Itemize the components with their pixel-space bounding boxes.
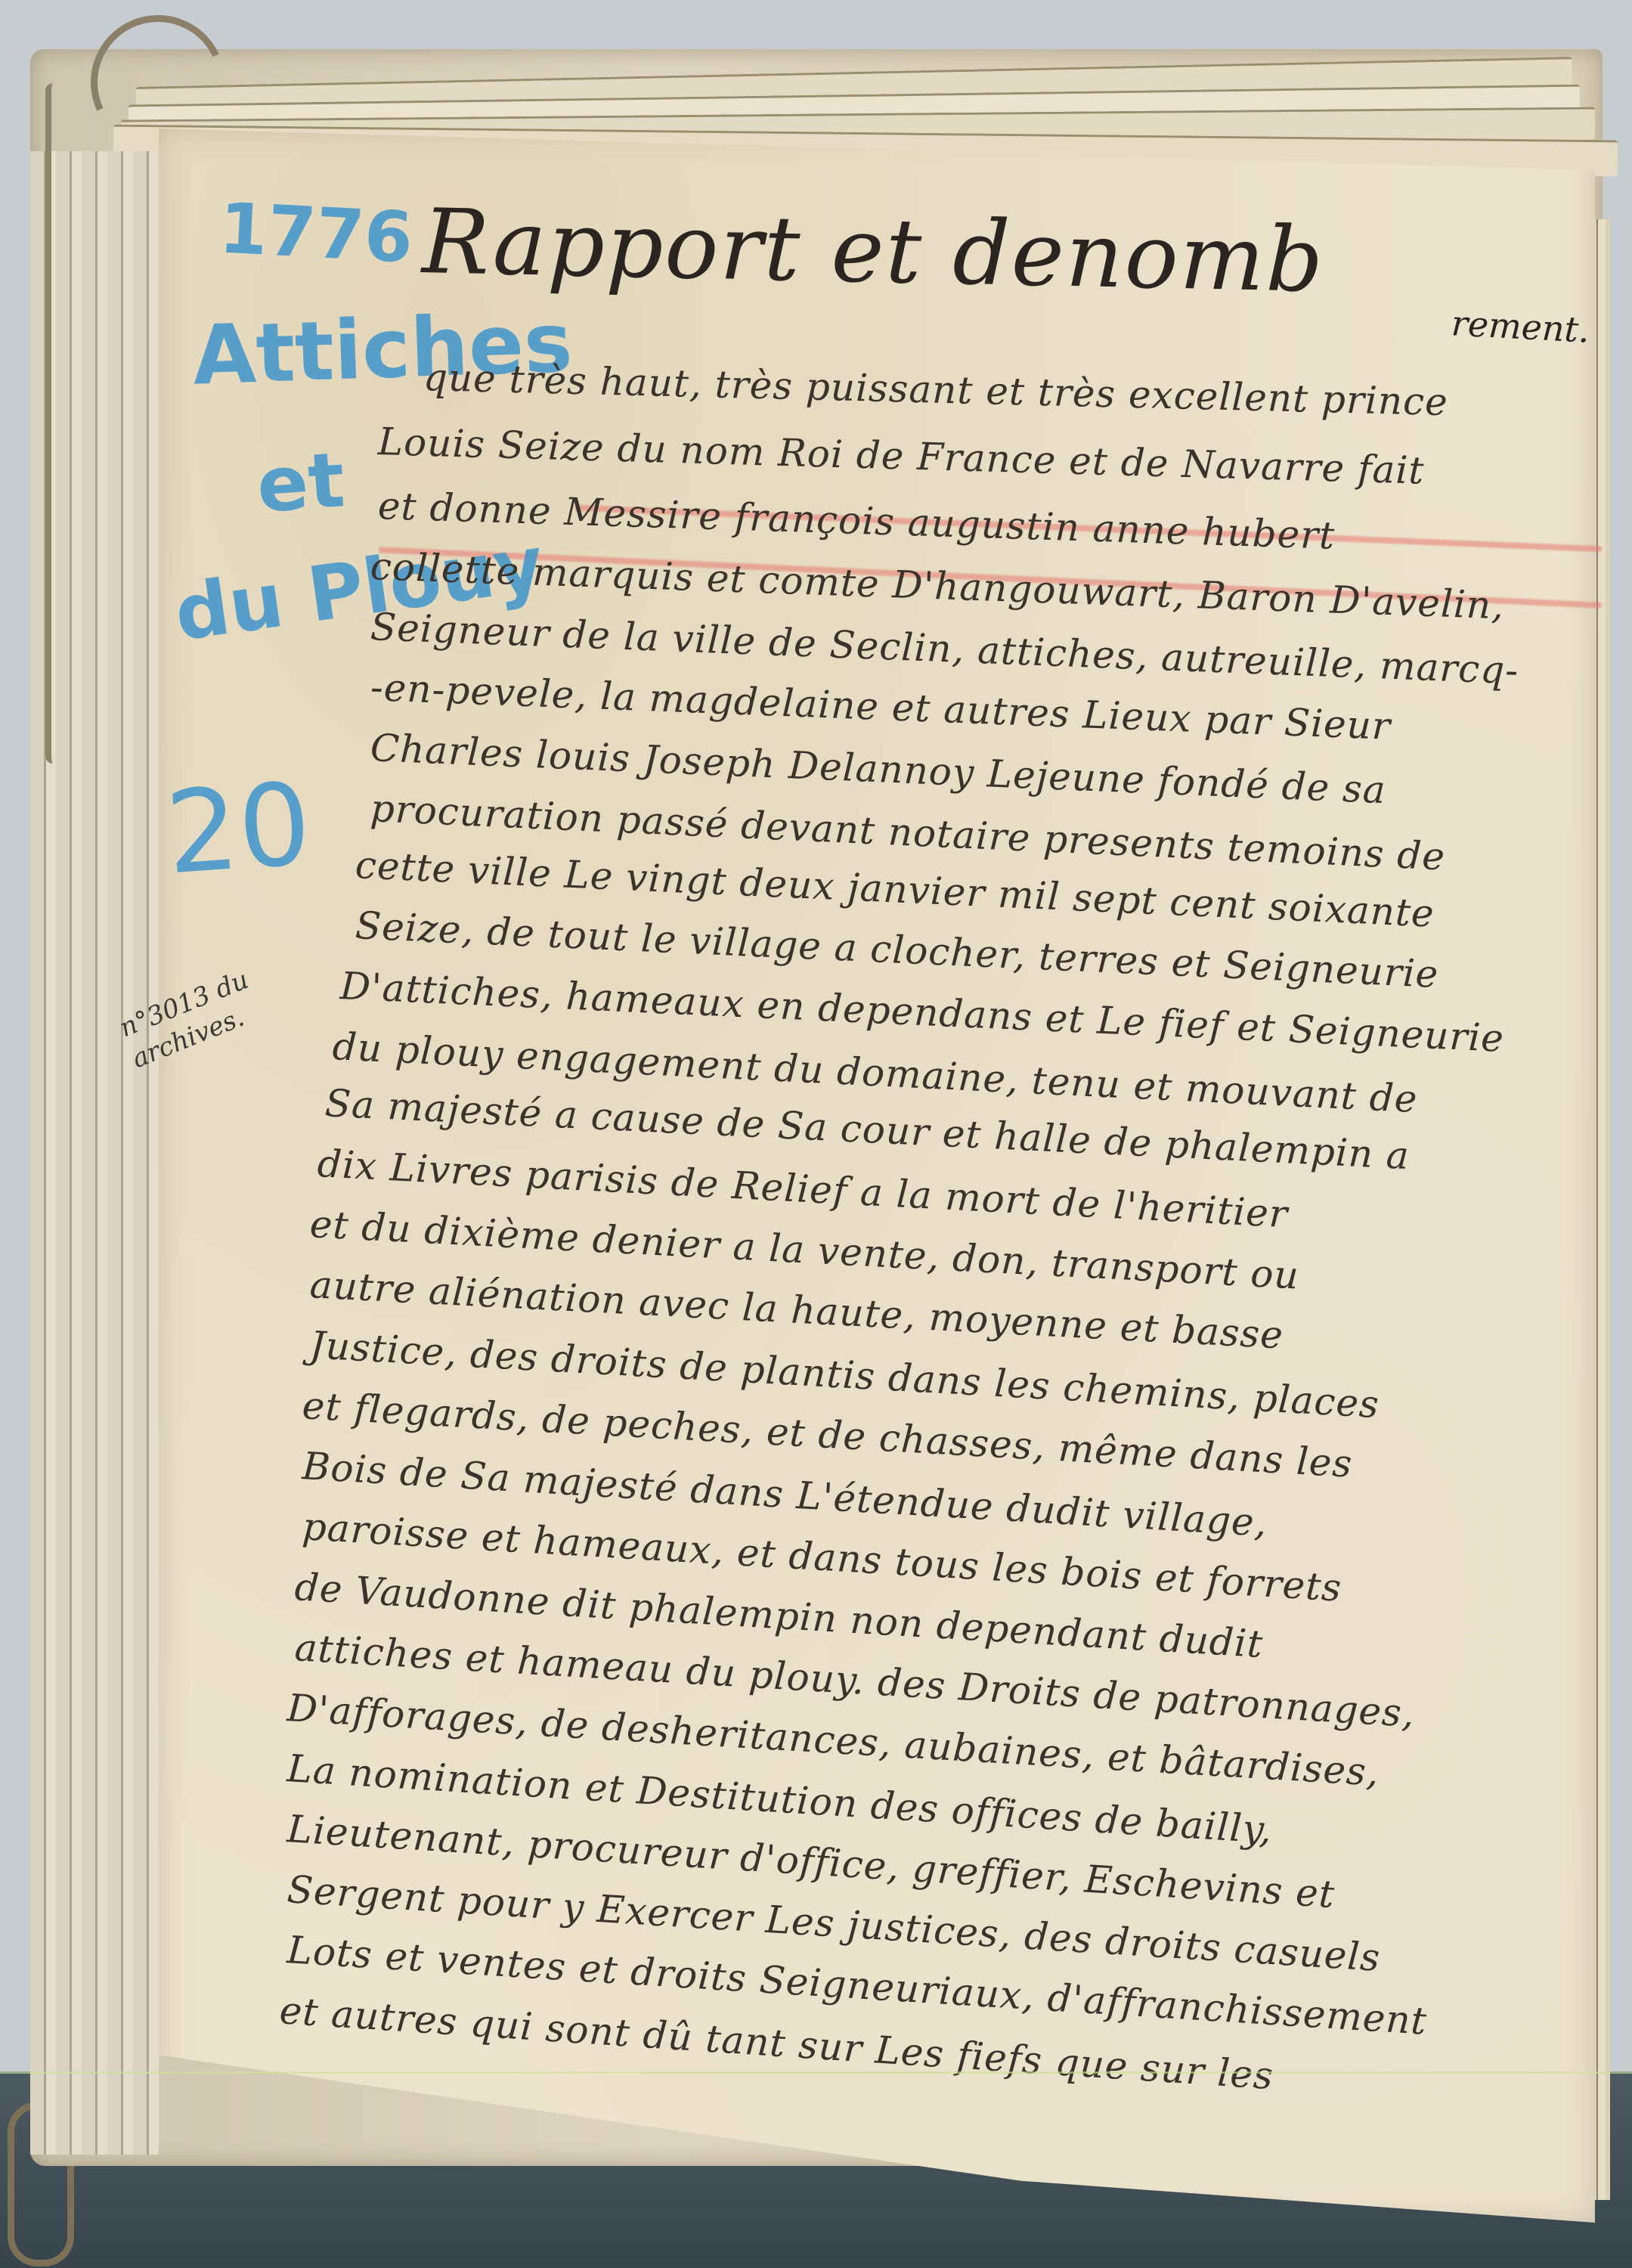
manuscript-line: et donne Messire françois augustin anne … <box>377 484 1336 558</box>
manuscript-line: que très haut, très puissant et très exc… <box>423 355 1448 424</box>
manuscript-body: que très haut, très puissant et très exc… <box>0 0 1632 2268</box>
manuscript-line: Louis Seize du nom Roi de France et de N… <box>377 420 1425 493</box>
scanner-artifact-line <box>0 2071 1632 2074</box>
